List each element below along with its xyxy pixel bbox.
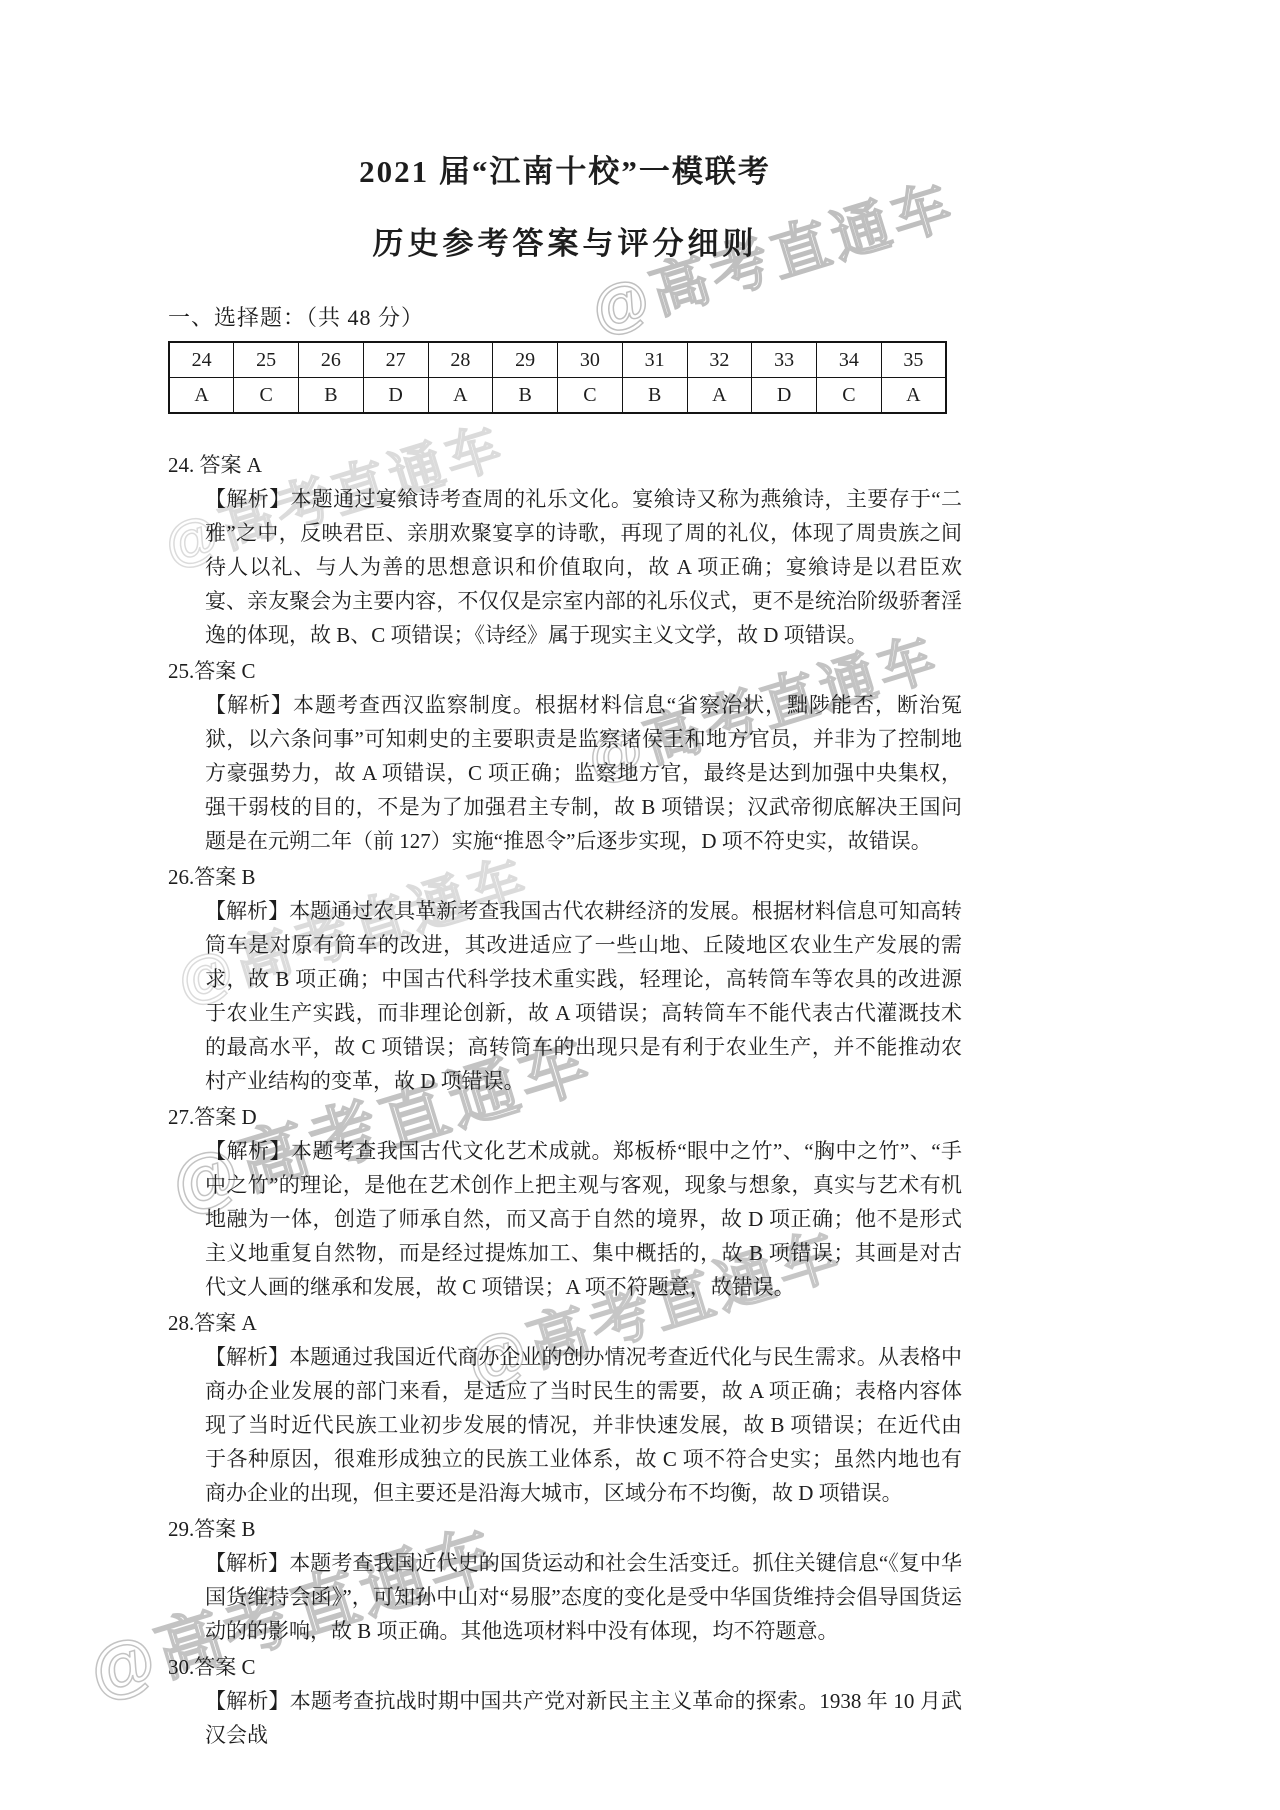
question-25-answer: 25.答案 C xyxy=(168,654,962,688)
answer-letter-cell: C xyxy=(558,378,623,414)
question-26-analysis: 【解析】本题通过农具革新考查我国古代农耕经济的发展。根据材料信息可知高转筒车是对… xyxy=(205,894,962,1098)
question-number-cell: 31 xyxy=(622,342,687,378)
question-number-cell: 35 xyxy=(881,342,946,378)
question-24-analysis: 【解析】本题通过宴飨诗考查周的礼乐文化。宴飨诗又称为燕飨诗，主要存于“二雅”之中… xyxy=(205,482,962,652)
question-30-analysis: 【解析】本题考查抗战时期中国共产党对新民主主义革命的探索。1938 年 10 月… xyxy=(205,1684,962,1752)
answer-letter-cell: A xyxy=(687,378,752,414)
answer-letter-cell: D xyxy=(363,378,428,414)
question-24-block: 24. 答案 A 【解析】本题通过宴飨诗考查周的礼乐文化。宴飨诗又称为燕飨诗，主… xyxy=(168,448,962,652)
question-28-answer: 28.答案 A xyxy=(168,1306,962,1340)
exam-answer-sheet-page: @高考直通车 @高考直通车 @高考直通车 @高考直通车 @高考直通车 @高考直通… xyxy=(0,0,1280,1810)
answer-letter-cell: C xyxy=(817,378,882,414)
question-27-analysis: 【解析】本题考查我国古代文化艺术成就。郑板桥“眼中之竹”、“胸中之竹”、“手中之… xyxy=(205,1134,962,1304)
question-number-cell: 28 xyxy=(428,342,493,378)
question-number-cell: 30 xyxy=(558,342,623,378)
question-26-answer: 26.答案 B xyxy=(168,860,962,894)
document-content: 2021 届“江南十校”一模联考 历史参考答案与评分细则 一、选择题：（共 48… xyxy=(168,0,962,1752)
answer-letter-row: A C B D A B C B A D C A xyxy=(169,378,946,414)
answer-letter-cell: A xyxy=(881,378,946,414)
question-explanations: 24. 答案 A 【解析】本题通过宴飨诗考查周的礼乐文化。宴飨诗又称为燕飨诗，主… xyxy=(168,448,962,1752)
question-26-block: 26.答案 B 【解析】本题通过农具革新考查我国古代农耕经济的发展。根据材料信息… xyxy=(168,860,962,1098)
question-25-block: 25.答案 C 【解析】本题考查西汉监察制度。根据材料信息“省察治状，黜陟能否，… xyxy=(168,654,962,858)
question-29-block: 29.答案 B 【解析】本题考查我国近代史的国货运动和社会生活变迁。抓住关键信息… xyxy=(168,1512,962,1648)
page-title: 2021 届“江南十校”一模联考 xyxy=(168,146,962,191)
page-subtitle: 历史参考答案与评分细则 xyxy=(168,218,962,263)
question-27-answer: 27.答案 D xyxy=(168,1100,962,1134)
question-28-block: 28.答案 A 【解析】本题通过我国近代商办企业的创办情况考查近代化与民生需求。… xyxy=(168,1306,962,1510)
question-number-cell: 32 xyxy=(687,342,752,378)
question-30-block: 30.答案 C 【解析】本题考查抗战时期中国共产党对新民主主义革命的探索。193… xyxy=(168,1650,962,1752)
question-number-cell: 26 xyxy=(299,342,364,378)
question-number-cell: 34 xyxy=(817,342,882,378)
question-number-row: 24 25 26 27 28 29 30 31 32 33 34 35 xyxy=(169,342,946,378)
question-25-analysis: 【解析】本题考查西汉监察制度。根据材料信息“省察治状，黜陟能否，断治冤狱，以六条… xyxy=(205,688,962,858)
answer-letter-cell: C xyxy=(234,378,299,414)
question-number-cell: 29 xyxy=(493,342,558,378)
question-29-analysis: 【解析】本题考查我国近代史的国货运动和社会生活变迁。抓住关键信息“《复中华国货维… xyxy=(205,1546,962,1648)
question-24-answer: 24. 答案 A xyxy=(168,448,962,482)
question-number-cell: 27 xyxy=(363,342,428,378)
section-heading-multiple-choice: 一、选择题：（共 48 分） xyxy=(168,301,962,332)
question-28-analysis: 【解析】本题通过我国近代商办企业的创办情况考查近代化与民生需求。从表格中商办企业… xyxy=(205,1340,962,1510)
answer-key-table: 24 25 26 27 28 29 30 31 32 33 34 35 A C … xyxy=(168,341,947,414)
question-30-answer: 30.答案 C xyxy=(168,1650,962,1684)
question-29-answer: 29.答案 B xyxy=(168,1512,962,1546)
answer-letter-cell: B xyxy=(622,378,687,414)
question-27-block: 27.答案 D 【解析】本题考查我国古代文化艺术成就。郑板桥“眼中之竹”、“胸中… xyxy=(168,1100,962,1304)
answer-letter-cell: D xyxy=(752,378,817,414)
question-number-cell: 33 xyxy=(752,342,817,378)
answer-letter-cell: A xyxy=(169,378,234,414)
answer-letter-cell: B xyxy=(299,378,364,414)
answer-letter-cell: A xyxy=(428,378,493,414)
answer-letter-cell: B xyxy=(493,378,558,414)
question-number-cell: 24 xyxy=(169,342,234,378)
question-number-cell: 25 xyxy=(234,342,299,378)
